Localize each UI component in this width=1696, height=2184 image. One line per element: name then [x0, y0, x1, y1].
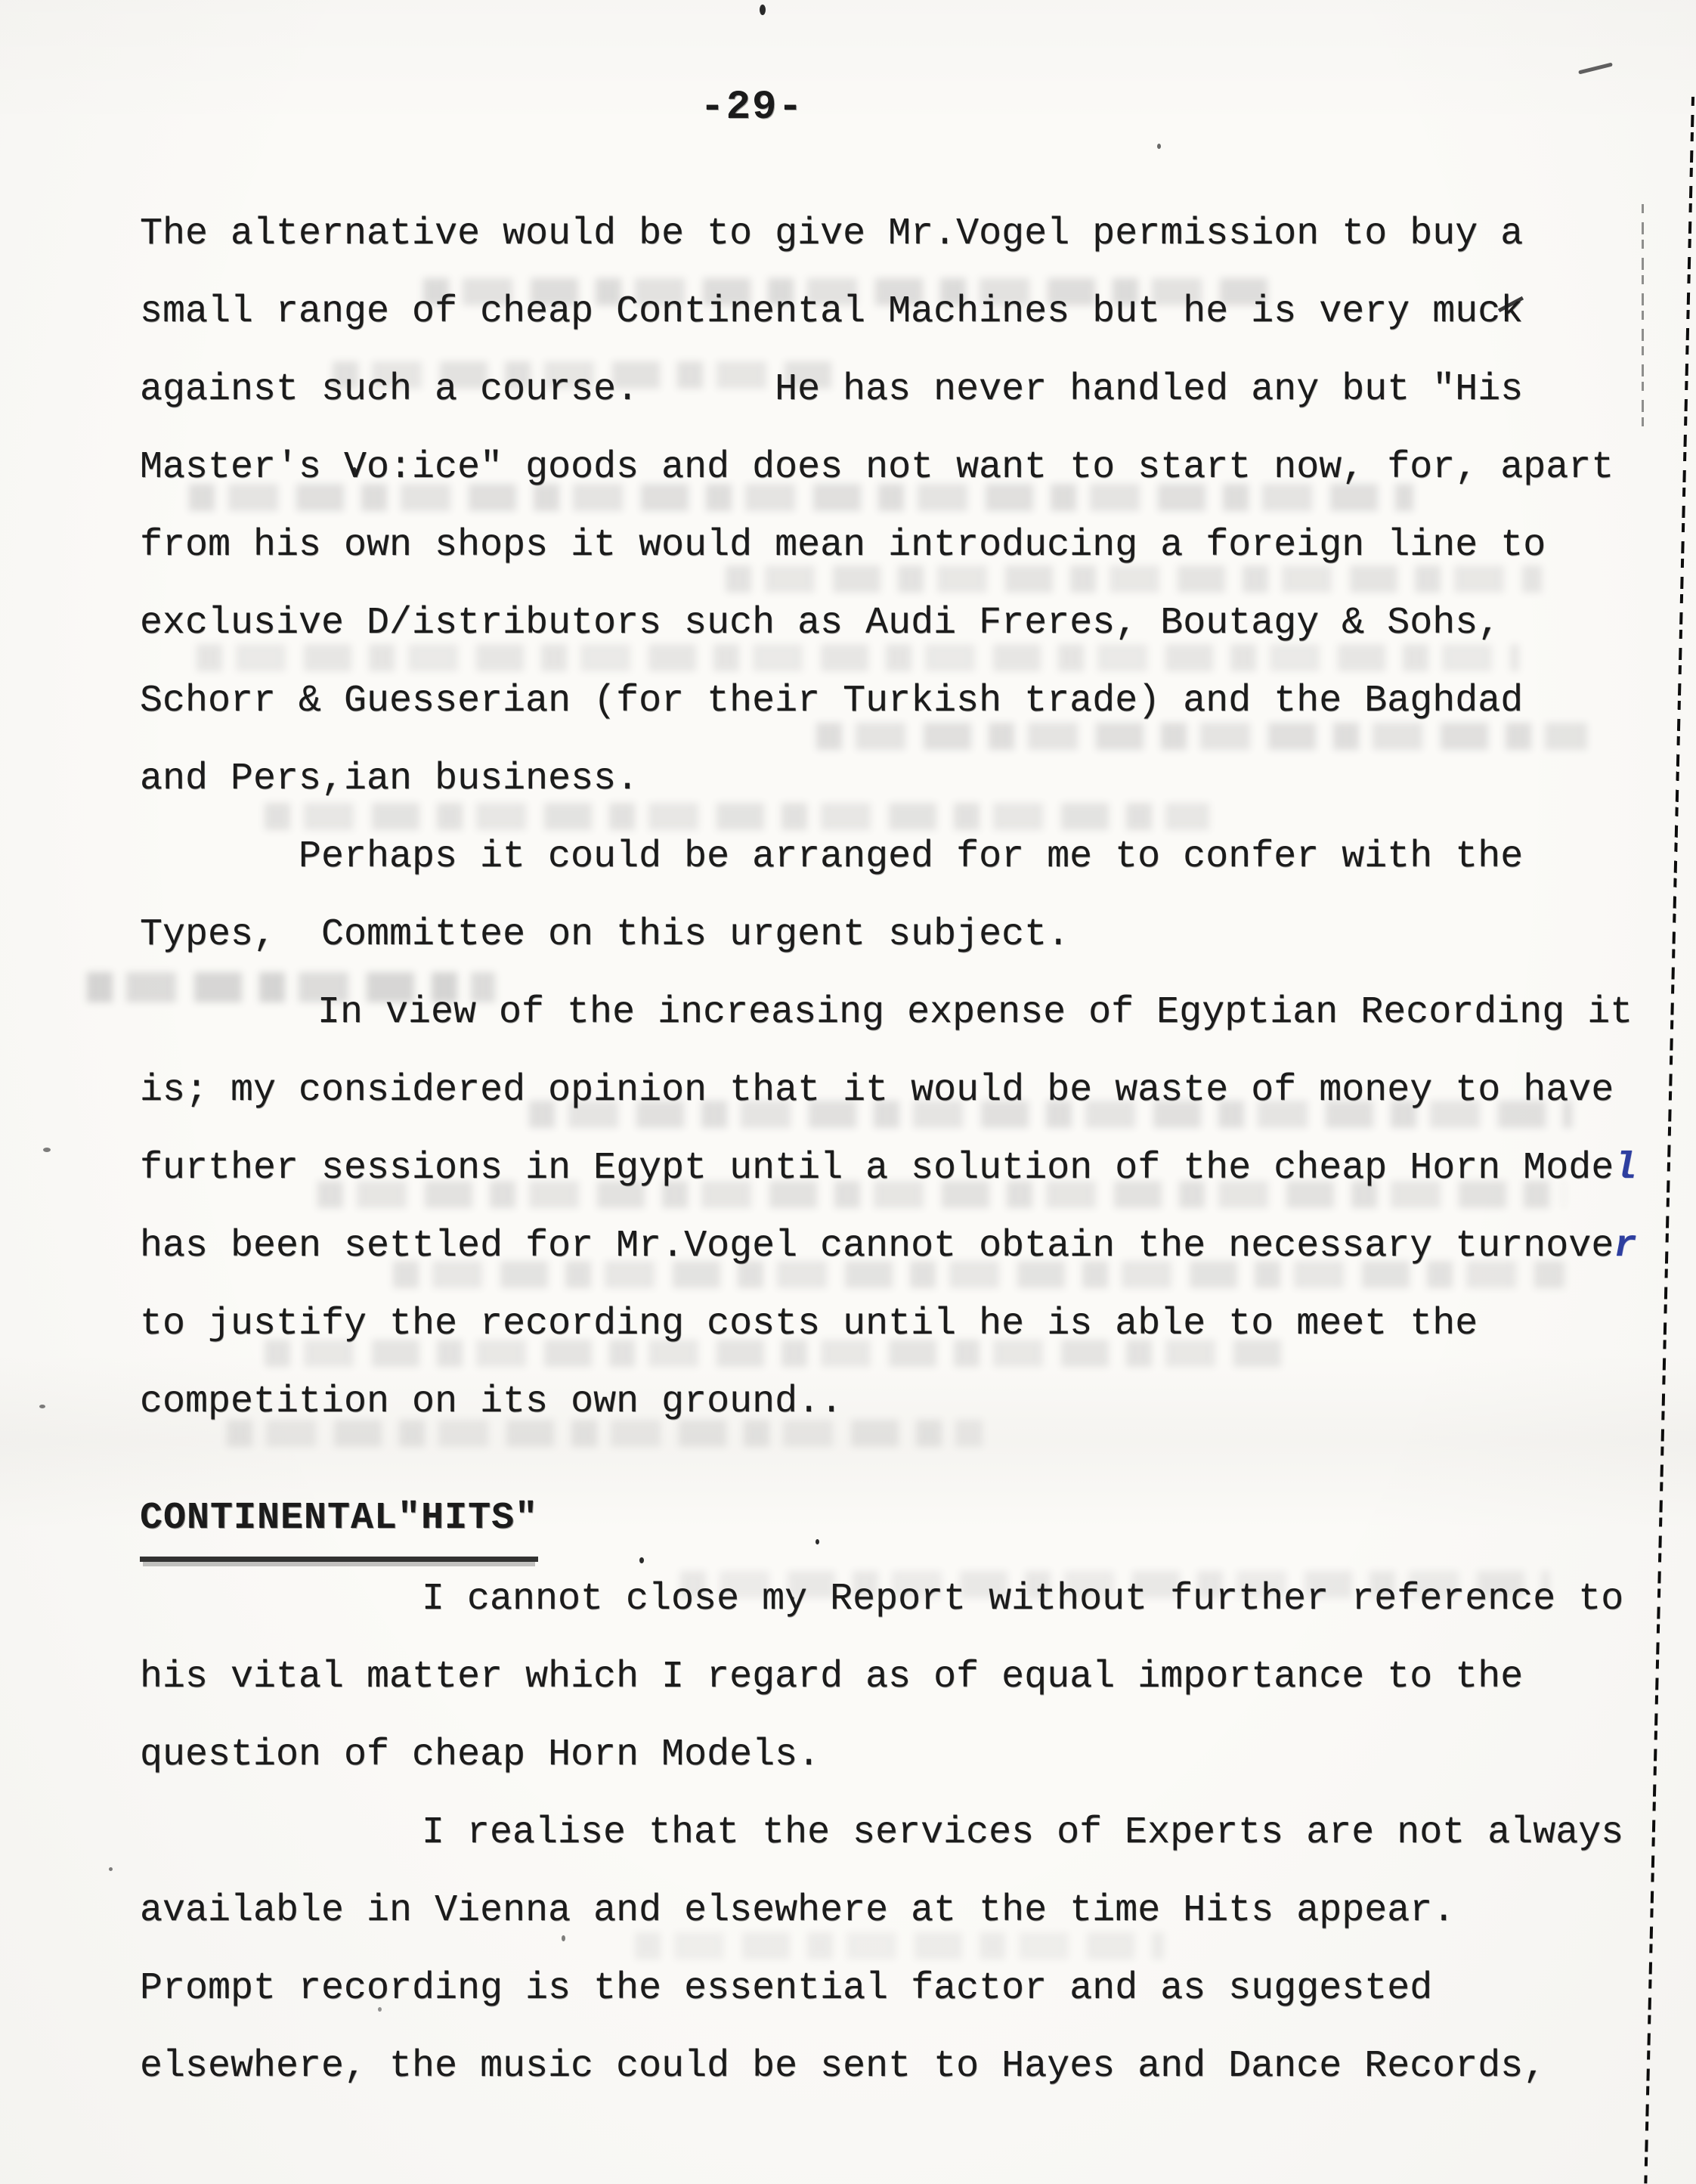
- typed-line: exclusive D/istributors such as Audi Fre…: [140, 584, 1651, 662]
- typed-line: has been settled for Mr.Vogel cannot obt…: [140, 1207, 1651, 1285]
- typed-line: In view of the increasing expense of Egy…: [140, 974, 1651, 1052]
- typed-line: Prompt recording is the essential factor…: [140, 1950, 1651, 2028]
- typed-line: elsewhere, the music could be sent to Ha…: [140, 2028, 1651, 2105]
- ink-speck: [109, 1867, 113, 1871]
- typed-line: further sessions in Egypt until a soluti…: [140, 1129, 1651, 1207]
- ink-speck: [760, 5, 766, 15]
- typed-line: small range of cheap Continental Machine…: [140, 273, 1651, 351]
- overstruck-character: k: [1500, 273, 1523, 351]
- typed-line: Perhaps it could be arranged for me to c…: [140, 818, 1651, 896]
- typed-line: question of cheap Horn Models.: [140, 1716, 1651, 1794]
- blue-pen-correction: r: [1614, 1225, 1636, 1268]
- typed-line: Types, Committee on this urgent subject.: [140, 896, 1651, 974]
- blue-pen-correction: l: [1614, 1147, 1636, 1190]
- typed-line: I realise that the services of Experts a…: [140, 1794, 1651, 1872]
- ink-speck: [1578, 63, 1613, 75]
- typed-line: available in Vienna and elsewhere at the…: [140, 1872, 1651, 1950]
- typed-line: The alternative would be to give Mr.Voge…: [140, 195, 1651, 273]
- section-heading-continental-hits: CONTINENTAL"HITS": [140, 1482, 1651, 1560]
- typed-line: is; my considered opinion that it would …: [140, 1052, 1651, 1129]
- typed-line: against such a course. He has never hand…: [140, 351, 1651, 429]
- typed-text-block: The alternative would be to give Mr.Voge…: [140, 195, 1651, 2105]
- typed-line: from his own shops it would mean introdu…: [140, 507, 1651, 584]
- scan-edge-artifact: [1644, 97, 1694, 2183]
- ink-speck: [39, 1405, 45, 1408]
- ink-speck: [43, 1148, 51, 1152]
- section-heading-text: CONTINENTAL"HITS": [140, 1482, 538, 1562]
- typed-line: his vital matter which I regard as of eq…: [140, 1638, 1651, 1716]
- scanned-document-page: -29- The alternative would be to give Mr…: [0, 0, 1696, 2184]
- typed-line: competition on its own ground..: [140, 1363, 1651, 1441]
- typed-line: I cannot close my Report without further…: [140, 1560, 1651, 1638]
- typed-line: to justify the recording costs until he …: [140, 1285, 1651, 1363]
- typed-line: and Pers,ian business.: [140, 740, 1651, 818]
- page-number: -29-: [654, 78, 850, 138]
- ink-speck: [1157, 144, 1161, 149]
- typed-line: Schorr & Guesserian (for their Turkish t…: [140, 662, 1651, 740]
- typed-line: Master's Vo:ice" goods and does not want…: [140, 429, 1651, 507]
